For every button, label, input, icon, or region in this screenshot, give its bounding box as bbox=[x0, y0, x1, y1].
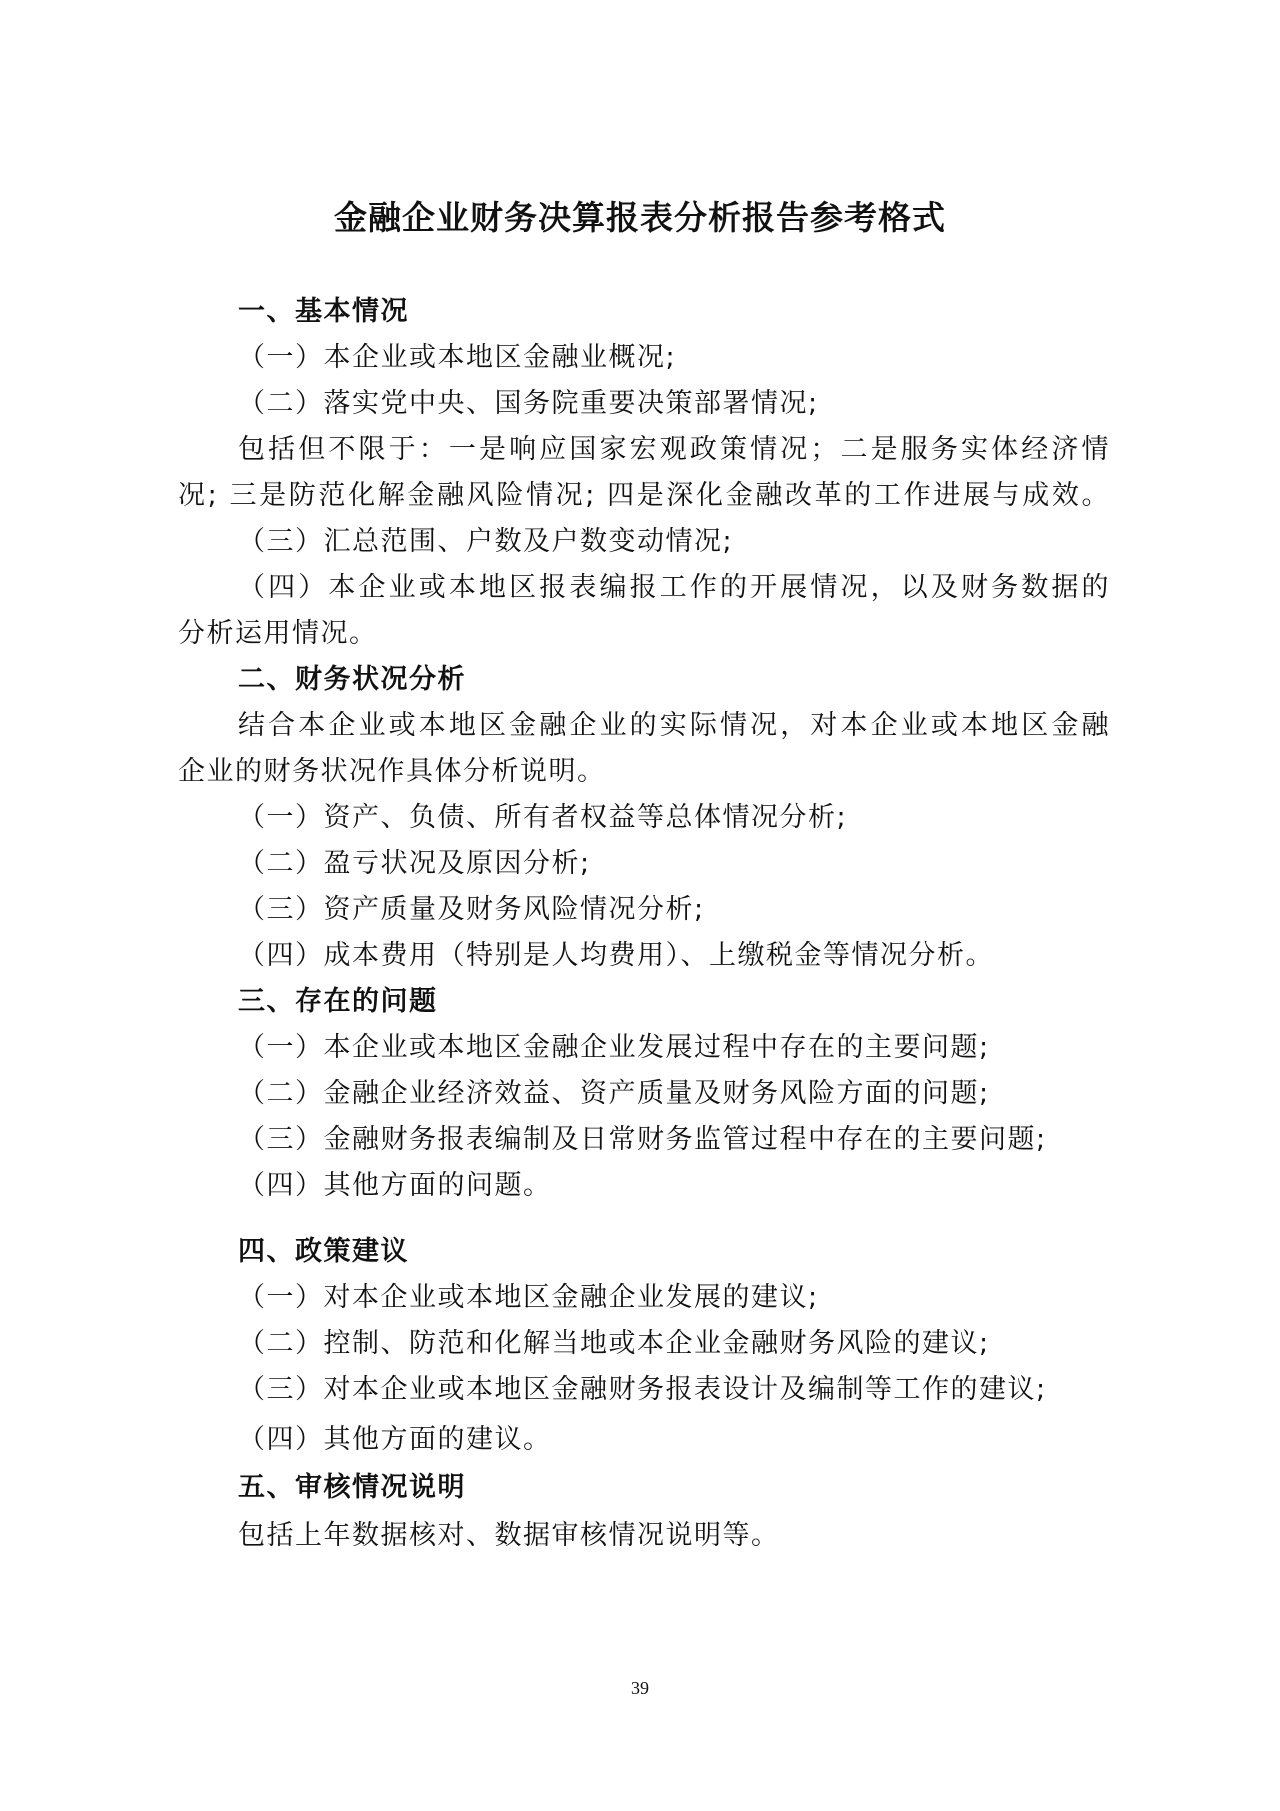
section-4-item-4: （四）其他方面的建议。 bbox=[238, 1420, 552, 1460]
page-number: 39 bbox=[0, 1676, 1280, 1700]
section-4-item-3: （三）对本企业或本地区金融财务报表设计及编制等工作的建议; bbox=[238, 1370, 1047, 1410]
section-1-item-2: （二）落实党中央、国务院重要决策部署情况; bbox=[238, 384, 819, 424]
section-3-item-4: （四）其他方面的问题。 bbox=[238, 1166, 552, 1206]
section-1-item-3: （三）汇总范围、户数及户数变动情况; bbox=[238, 522, 733, 562]
section-heading-policy-suggestions: 四、政策建议 bbox=[238, 1232, 409, 1272]
section-4-item-2: （二）控制、防范和化解当地或本企业金融财务风险的建议; bbox=[238, 1324, 990, 1364]
section-2-paragraph-line-1: 结合本企业或本地区金融企业的实际情况，对本企业或本地区金融 bbox=[238, 706, 1110, 746]
section-2-paragraph-line-2: 企业的财务状况作具体分析说明。 bbox=[178, 752, 606, 792]
section-2-item-2: （二）盈亏状况及原因分析; bbox=[238, 844, 591, 884]
section-1-item-4-line-2: 分析运用情况。 bbox=[178, 614, 378, 654]
document-title: 金融企业财务决算报表分析报告参考格式 bbox=[0, 196, 1280, 240]
document-page: 金融企业财务决算报表分析报告参考格式 一、基本情况 （一）本企业或本地区金融业概… bbox=[0, 0, 1280, 1811]
section-2-item-1: （一）资产、负债、所有者权益等总体情况分析; bbox=[238, 798, 847, 838]
section-3-item-1: （一）本企业或本地区金融企业发展过程中存在的主要问题; bbox=[238, 1028, 990, 1068]
section-3-item-2: （二）金融企业经济效益、资产质量及财务风险方面的问题; bbox=[238, 1074, 990, 1114]
section-1-paragraph-line-1: 包括但不限于：一是响应国家宏观政策情况；二是服务实体经济情 bbox=[238, 430, 1110, 470]
section-heading-basic-info: 一、基本情况 bbox=[238, 292, 409, 332]
section-heading-audit-notes: 五、审核情况说明 bbox=[238, 1468, 466, 1508]
section-1-paragraph-line-2: 况; 三是防范化解金融风险情况; 四是深化金融改革的工作进展与成效。 bbox=[178, 476, 1110, 516]
section-heading-financial-analysis: 二、财务状况分析 bbox=[238, 660, 466, 700]
section-3-item-3: （三）金融财务报表编制及日常财务监管过程中存在的主要问题; bbox=[238, 1120, 1047, 1160]
section-1-item-1: （一）本企业或本地区金融业概况; bbox=[238, 338, 676, 378]
section-4-item-1: （一）对本企业或本地区金融企业发展的建议; bbox=[238, 1278, 819, 1318]
section-heading-existing-problems: 三、存在的问题 bbox=[238, 982, 438, 1022]
section-2-item-4: （四）成本费用（特别是人均费用）、上缴税金等情况分析。 bbox=[238, 936, 994, 976]
section-1-item-4-line-1: （四）本企业或本地区报表编报工作的开展情况，以及财务数据的 bbox=[238, 568, 1110, 608]
section-5-paragraph: 包括上年数据核对、数据审核情况说明等。 bbox=[238, 1516, 780, 1556]
section-2-item-3: （三）资产质量及财务风险情况分析; bbox=[238, 890, 705, 930]
